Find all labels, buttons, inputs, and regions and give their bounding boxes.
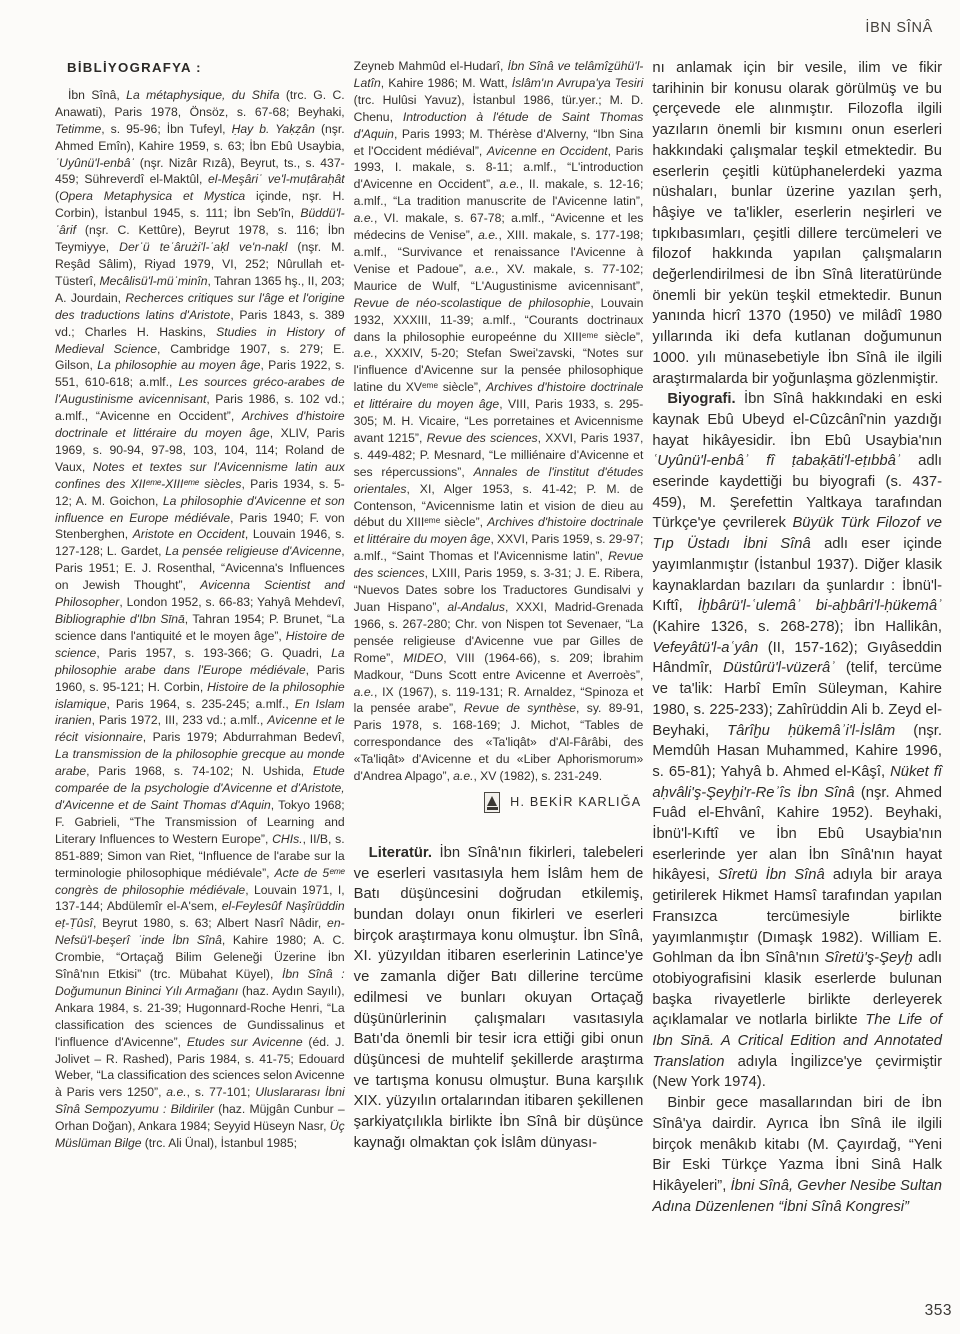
text-segment: Târîḫu ḥükemâʾi'l-İslâm	[727, 723, 895, 739]
text-segment: , XV (1982), s. 231-249.	[474, 769, 603, 783]
article-paragraph-continuation: nı anlamak için bir vesile, ilim ve fiki…	[652, 58, 942, 389]
text-segment: Aristote en Occident	[133, 527, 245, 541]
author-name: H. BEKİR KARLIĞA	[510, 795, 641, 809]
text-segment: al-Andalus	[447, 600, 505, 614]
text-segment: Biyografi.	[667, 391, 735, 407]
text-segment: nı anlamak için bir vesile, ilim ve fiki…	[652, 60, 942, 387]
text-segment: , s. 77-101;	[187, 1085, 256, 1099]
text-segment: (Kahire 1326, s. 268-278); İbn Hallikân,	[652, 619, 942, 635]
emblem-triangle	[487, 796, 497, 806]
biyografi-paragraph: Biyografi. İbn Sînâ hakkındaki en eski k…	[652, 389, 942, 1093]
text-segment: Literatür.	[369, 845, 432, 861]
page-header-title: İBN SÎNÂ	[865, 20, 933, 36]
binbir-gece-paragraph: Binbir gece masallarından biri de İbn Sî…	[652, 1093, 942, 1217]
text-segment: Revue des sciences	[427, 431, 538, 445]
text-segment: a.e.	[354, 685, 374, 699]
text-segment: a.e.	[453, 769, 473, 783]
bibliography-column2-text: Zeyneb Mahmûd el-Hudarî, İbn Sînâ ve tel…	[354, 58, 644, 785]
text-segment: Derʾü teʿârużi'l-ʿaḳl ve'n-naḳl	[119, 240, 287, 254]
text-segment: Avicenne en Occident	[487, 144, 608, 158]
literatur-section: Literatür. İbn Sînâ'nın fikirleri, taleb…	[354, 843, 644, 1154]
text-segment: Sîretü'ş-Şeyḫ	[824, 950, 912, 966]
text-segment: , Kahire 1986; M. Watt,	[381, 76, 512, 90]
text-segment: Opera Metaphysica et Mystica	[59, 189, 245, 203]
author-signature: H. BEKİR KARLIĞA	[354, 792, 642, 813]
text-segment: , London 1952, s. 66-83; Yahyâ Mehdevî,	[119, 595, 344, 609]
text-segment: Etudes sur Avicenne	[187, 1035, 303, 1049]
text-segment: Bibliographie d'Ibn Sīnā	[55, 612, 185, 626]
text-segment: La philosophie au moyen âge	[97, 358, 260, 372]
text-segment: MIDEO	[403, 651, 443, 665]
text-segment: , Paris 1972, III, 233 vd.; a.mlf.,	[92, 713, 268, 727]
text-segment: a.e.	[475, 262, 495, 276]
text-segment: İslâm'ın Avrupa'ya Tesiri	[512, 76, 644, 90]
text-segment: , s. 95-96; İbn Tufeyl,	[101, 122, 231, 136]
text-columns: BİBLİYOGRAFYA : İbn Sînâ, La métaphysiqu…	[55, 58, 942, 1217]
text-segment: Sîretü İbn Sînâ	[718, 867, 825, 883]
text-segment: Revue de néo-scolastique de philosophie	[354, 296, 591, 310]
text-segment: CHIs.	[272, 832, 302, 846]
column-middle: Zeyneb Mahmûd el-Hudarî, İbn Sînâ ve tel…	[354, 58, 644, 1217]
text-segment: Vefeyâtü'l-aʿyân	[652, 640, 758, 656]
text-segment: Tetimme	[55, 122, 101, 136]
text-segment: ʿUyûnü'l-enbâʾ	[55, 156, 135, 170]
text-segment: Ḥay b. Yaḳẓân	[232, 122, 315, 136]
text-segment: Revue de synthèse	[464, 701, 576, 715]
text-segment: a.e.	[354, 346, 374, 360]
text-segment: a.e.	[499, 177, 519, 191]
text-segment: (trc. Ali Ünal), İstanbul 1985;	[142, 1136, 297, 1150]
column-right: nı anlamak için bir vesile, ilim ve fiki…	[652, 58, 942, 1217]
text-segment: Zeyneb Mahmûd el-Hudarî,	[354, 59, 508, 73]
text-segment: İbn Sînâ'nın fikirleri, talebeleri ve es…	[354, 845, 644, 1151]
bibliography-column1-text: İbn Sînâ, La métaphysique, du Shifa (trc…	[55, 87, 345, 1152]
literatur-paragraph: Literatür. İbn Sînâ'nın fikirleri, taleb…	[354, 843, 644, 1154]
text-segment: , Paris 1968, s. 74-102; N. Ushida,	[86, 764, 313, 778]
bibliography-continued: Zeyneb Mahmûd el-Hudarî, İbn Sînâ ve tel…	[354, 58, 644, 785]
text-segment: el-Meşâriʿ ve'l-muṭâraḥât	[208, 172, 345, 186]
text-segment: Düstûrü'l-vüzerâʾ	[723, 660, 835, 676]
text-segment: , Paris 1964, s. 235-245; a.mlf.,	[106, 697, 294, 711]
page-number: 353	[925, 1302, 952, 1320]
text-segment: Mecâlisü'l-müʾminîn	[100, 274, 208, 288]
text-segment: İbn Sînâ,	[68, 88, 126, 102]
column-left: BİBLİYOGRAFYA : İbn Sînâ, La métaphysiqu…	[55, 58, 345, 1217]
text-segment: La pensée religieuse d'Avicenne	[165, 544, 341, 558]
text-segment: a.e.	[166, 1085, 186, 1099]
text-segment: , Paris 1957, s. 193-366; G. Quadri,	[96, 646, 331, 660]
text-segment: a.e.	[478, 228, 498, 242]
bibliography-heading: BİBLİYOGRAFYA :	[67, 60, 345, 77]
text-segment: , Beyrut 1980, s. 63; Albert Nasrî Nâdir…	[93, 916, 327, 930]
text-segment: a.e.	[354, 211, 374, 225]
text-segment: İḫbârü'l-ʿulemâʾ bi-aḫbâri'l-ḥükemâʾ	[698, 598, 942, 614]
tdv-emblem-icon	[484, 792, 500, 813]
emblem-base	[487, 807, 498, 810]
text-segment: , Paris 1979; Abdurrahman Bedevî,	[143, 730, 345, 744]
encyclopedia-page: İBN SÎNÂ BİBLİYOGRAFYA : İbn Sînâ, La mé…	[0, 0, 960, 1334]
text-segment: ʿUyûnü'l-enbâʾ fî ṭabaḳāti'l-eṭıbbâʾ	[652, 453, 900, 469]
text-segment: La métaphysique, du Shifa	[126, 88, 279, 102]
